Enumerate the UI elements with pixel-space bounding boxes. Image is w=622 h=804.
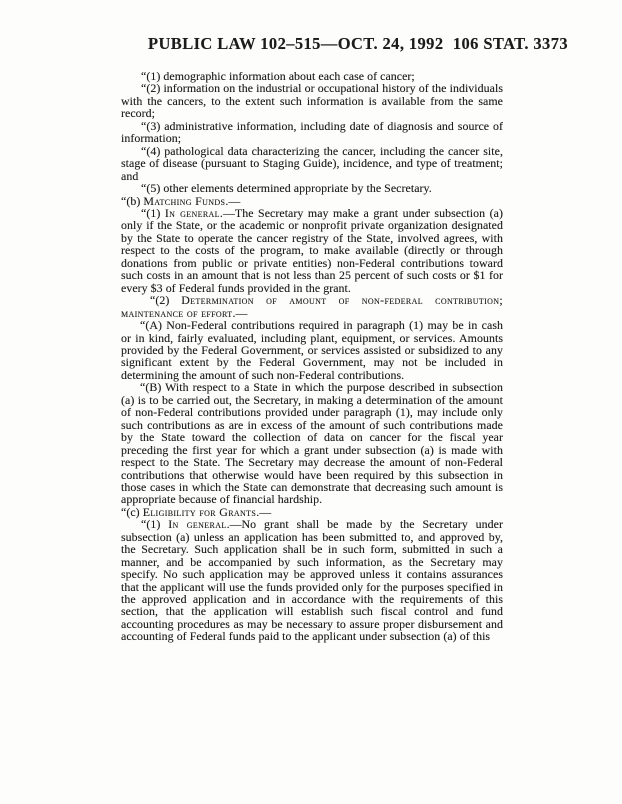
- paragraph-c-1: “(1) In general.—No grant shall be made …: [121, 518, 503, 643]
- clause-a-3: “(3) administrative information, includi…: [121, 120, 503, 145]
- statute-text-block: “(1) demographic information about each …: [121, 70, 503, 643]
- subparagraph-b-2-B: “(B) With respect to a State in which th…: [121, 381, 503, 506]
- stat-page-citation: 106 STAT. 3373: [453, 34, 568, 54]
- paragraph-b-1: “(1) In general.—The Secretary may make …: [121, 207, 503, 294]
- paragraph-text: .—No grant shall be made by the Secretar…: [121, 517, 503, 643]
- clause-label: “(c): [121, 505, 143, 519]
- law-citation-heading: PUBLIC LAW 102–515—OCT. 24, 1992: [148, 34, 443, 54]
- subparagraph-b-2-A: “(A) Non-Federal contributions required …: [121, 319, 503, 381]
- clause-a-4: “(4) pathological data characterizing th…: [121, 145, 503, 182]
- clause-a-2: “(2) information on the industrial or oc…: [121, 82, 503, 119]
- paragraph-b-2-heading: “(2) Determination of amount of non-fede…: [121, 294, 503, 319]
- statute-page: PUBLIC LAW 102–515—OCT. 24, 1992 106 STA…: [0, 0, 622, 804]
- paragraph-text: .—The Secretary may make a grant under s…: [121, 206, 503, 295]
